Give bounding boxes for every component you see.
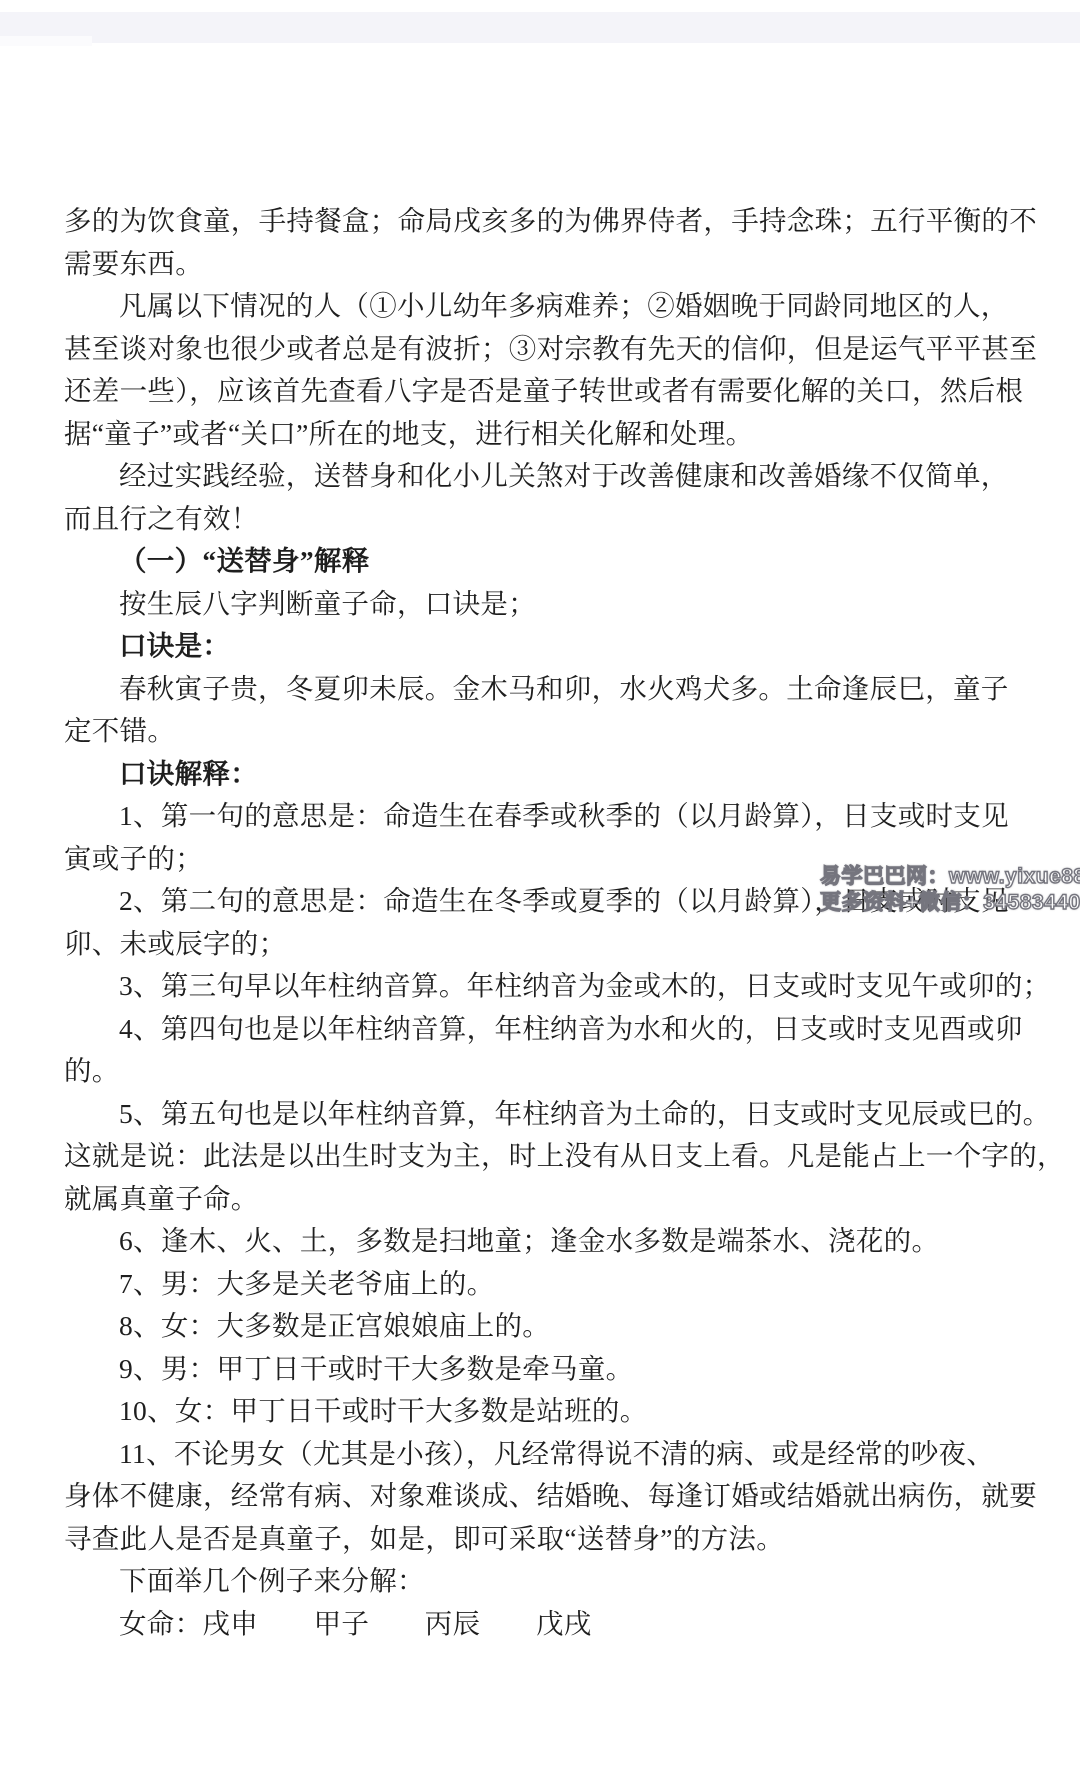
- text-line: 11、不论男女（尤其是小孩），凡经常得说不清的病、或是经常的吵夜、: [64, 1433, 1018, 1476]
- header-band: [0, 12, 1080, 43]
- text-line: 口诀是：: [64, 625, 1018, 668]
- text-line: 凡属以下情况的人（①小儿幼年多病难养；②婚姻晚于同龄同地区的人，: [64, 285, 1018, 328]
- document-text-block: 多的为饮食童，手持餐盒；命局戌亥多的为佛界侍者，手持念珠；五行平衡的不需要东西。…: [64, 200, 1018, 1645]
- watermark: 易学巴巴网：www.yixue88.cn 更多资料+微信：3458344044: [820, 864, 1080, 916]
- text-line: 7、男：大多是关老爷庙上的。: [64, 1263, 1018, 1306]
- text-line: 的。: [64, 1050, 1018, 1093]
- text-line: 下面举几个例子来分解：: [64, 1560, 1018, 1603]
- text-line: 1、第一句的意思是：命造生在春季或秋季的（以月龄算），日支或时支见: [64, 795, 1018, 838]
- text-line: 还差一些），应该首先查看八字是否是童子转世或者有需要化解的关口，然后根: [64, 370, 1018, 413]
- text-line: 5、第五句也是以年柱纳音算，年柱纳音为土命的，日支或时支见辰或巳的。: [64, 1093, 1018, 1136]
- text-line: 春秋寅子贵，冬夏卯未辰。金木马和卯，水火鸡犬多。土命逢辰巳，童子: [64, 668, 1018, 711]
- text-line: 经过实践经验，送替身和化小儿关煞对于改善健康和改善婚缘不仅简单，: [64, 455, 1018, 498]
- text-line: 需要东西。: [64, 243, 1018, 286]
- text-line: 9、男：甲丁日干或时干大多数是牵马童。: [64, 1348, 1018, 1391]
- text-line: 按生辰八字判断童子命，口诀是；: [64, 583, 1018, 626]
- text-line: 多的为饮食童，手持餐盒；命局戌亥多的为佛界侍者，手持念珠；五行平衡的不: [64, 200, 1018, 243]
- text-line: 3、第三句早以年柱纳音算。年柱纳音为金或木的，日支或时支见午或卯的；: [64, 965, 1018, 1008]
- text-line: 据“童子”或者“关口”所在的地支，进行相关化解和处理。: [64, 413, 1018, 456]
- text-line: 寻查此人是否是真童子，如是，即可采取“送替身”的方法。: [64, 1518, 1018, 1561]
- text-line: 甚至谈对象也很少或者总是有波折；③对宗教有先天的信仰，但是运气平平甚至: [64, 328, 1018, 371]
- watermark-site-text: 易学巴巴网：www.yixue88.cn: [820, 864, 1080, 890]
- text-line: 而且行之有效！: [64, 498, 1018, 541]
- text-line: 身体不健康，经常有病、对象难谈成、结婚晚、每逢订婚或结婚就出病伤，就要: [64, 1475, 1018, 1518]
- text-line: 6、逢木、火、土，多数是扫地童；逢金水多数是端茶水、浇花的。: [64, 1220, 1018, 1263]
- text-line: 8、女：大多数是正宫娘娘庙上的。: [64, 1305, 1018, 1348]
- text-line: 卯、未或辰字的；: [64, 923, 1018, 966]
- watermark-contact-text: 更多资料+微信：3458344044: [820, 890, 1080, 916]
- text-line: 10、女：甲丁日干或时干大多数是站班的。: [64, 1390, 1018, 1433]
- header-band-notch: [0, 36, 92, 46]
- text-line: 就属真童子命。: [64, 1178, 1018, 1221]
- text-line: 这就是说：此法是以出生时支为主，时上没有从日支上看。凡是能占上一个字的，: [64, 1135, 1018, 1178]
- text-line: （一）“送替身”解释: [64, 540, 1018, 583]
- text-line: 女命：戌申 甲子 丙辰 戊戌: [64, 1603, 1018, 1646]
- text-line: 口诀解释：: [64, 753, 1018, 796]
- text-line: 4、第四句也是以年柱纳音算，年柱纳音为水和火的，日支或时支见酉或卯: [64, 1008, 1018, 1051]
- text-line: 定不错。: [64, 710, 1018, 753]
